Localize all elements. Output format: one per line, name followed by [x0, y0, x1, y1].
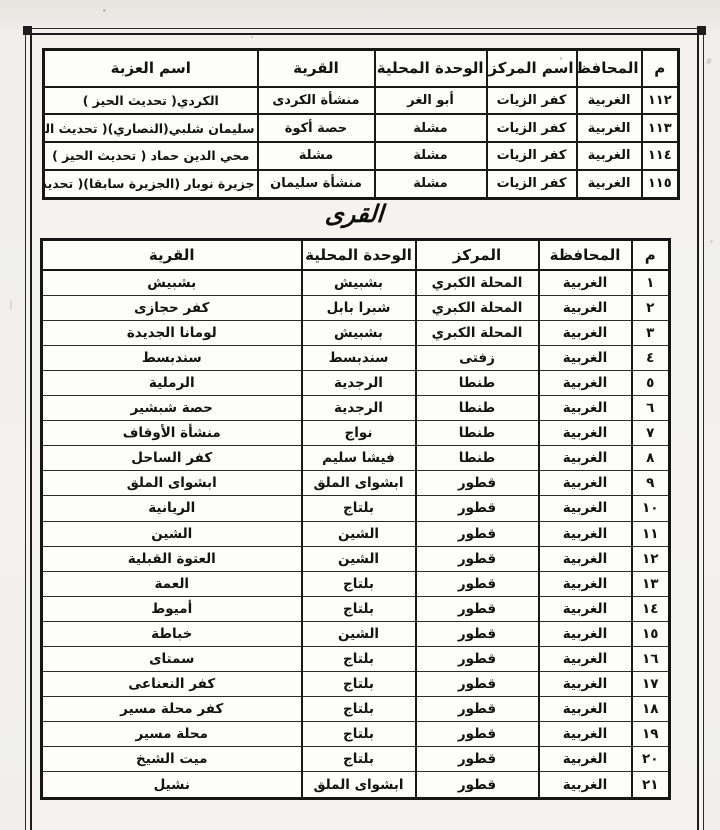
table-cell: زفتى — [416, 345, 539, 370]
table-cell: ١١٥ — [642, 170, 679, 199]
table-cell: قطور — [416, 521, 539, 546]
table-cell: الغربية — [539, 621, 632, 646]
table-cell: حصة أكوة — [258, 114, 375, 142]
table-row: ٧الغربيةطنطانواجمنشأة الأوقاف — [42, 421, 670, 446]
table-row: ١٧الغربيةقطوربلتاجكفر النعناعى — [42, 671, 670, 696]
table-cell: ١٢ — [632, 546, 670, 571]
table-cell: كفر الزيات — [487, 114, 577, 142]
table-cell: ٤ — [632, 345, 670, 370]
table-cell: بلتاج — [302, 697, 416, 722]
table-cell: الشين — [302, 621, 416, 646]
table-cell: كفر النعناعى — [42, 671, 302, 696]
table-cell: بلتاج — [302, 671, 416, 696]
table-cell: طنطا — [416, 396, 539, 421]
table-row: ٤الغربيةزفتىسندبسطسندبسط — [42, 345, 670, 370]
table-cell: قطور — [416, 571, 539, 596]
table-cell: ٢٠ — [632, 747, 670, 772]
table-cell: بلتاج — [302, 571, 416, 596]
scan-noise — [710, 240, 713, 243]
table-cell: ١٦ — [632, 646, 670, 671]
table-cell: ٥ — [632, 371, 670, 396]
table-row: ١الغربيةالمحلة الكبريبشبيشبشبيش — [42, 270, 670, 296]
table-cell: شبرا بابل — [302, 295, 416, 320]
table-cell: بشبيش — [302, 270, 416, 296]
table-cell: الغربية — [577, 87, 642, 115]
frame-corner-ornament-left — [23, 26, 32, 35]
table-cell: سندبسط — [42, 345, 302, 370]
table-cell: فيشا سليم — [302, 446, 416, 471]
table-row: ٩الغربيةقطورابشواى الملقابشواى الملق — [42, 471, 670, 496]
table-cell: الرملية — [42, 371, 302, 396]
table-cell: الغربية — [539, 320, 632, 345]
table-cell: بشبيش — [42, 270, 302, 296]
table-row: ١١٤الغربيةكفر الزياتمشلةمشلةمحي الدين حم… — [44, 142, 679, 170]
table-row: ١١٥الغربيةكفر الزياتمشلةمنشأة سليمانجزير… — [44, 170, 679, 199]
table-cell: بلتاج — [302, 496, 416, 521]
table-cell: ١٨ — [632, 697, 670, 722]
table-cell: قطور — [416, 646, 539, 671]
table-cell: خباطة — [42, 621, 302, 646]
hamlets-table: مالمحافظةاسم المركزالوحدة المحليةالقريةا… — [42, 48, 680, 200]
table-cell: كفر حجازى — [42, 295, 302, 320]
table-cell: قطور — [416, 496, 539, 521]
table-cell: نواج — [302, 421, 416, 446]
table-row: ١١الغربيةقطورالشينالشين — [42, 521, 670, 546]
table-cell: المحلة الكبري — [416, 320, 539, 345]
table-cell: طنطا — [416, 421, 539, 446]
table-cell: الغربية — [539, 471, 632, 496]
table-cell: ١ — [632, 270, 670, 296]
table-cell: أبو الغر — [375, 87, 487, 115]
column-header: م — [632, 240, 670, 270]
table-cell: ٩ — [632, 471, 670, 496]
table-cell: محلة مسير — [42, 722, 302, 747]
table-cell: الغربية — [577, 142, 642, 170]
table-cell: كفر محلة مسير — [42, 697, 302, 722]
table-cell: قطور — [416, 621, 539, 646]
table-cell: ٣ — [632, 320, 670, 345]
table-cell: الغربية — [539, 571, 632, 596]
table-cell: مشلة — [258, 142, 375, 170]
table-cell: الغربية — [539, 772, 632, 799]
table-row: ٦الغربيةطنطاالرجديةحصة شبشير — [42, 396, 670, 421]
header-row: مالمحافظةاسم المركزالوحدة المحليةالقريةا… — [44, 50, 679, 87]
table-cell: ١٣ — [632, 571, 670, 596]
table-cell: العمة — [42, 571, 302, 596]
table-cell: سندبسط — [302, 345, 416, 370]
table-cell: الريانية — [42, 496, 302, 521]
table-cell: مشلة — [375, 170, 487, 199]
table-cell: ميت الشيخ — [42, 747, 302, 772]
table-cell: الغربية — [539, 345, 632, 370]
column-header: القرية — [258, 50, 375, 87]
table-cell: ١٤ — [632, 596, 670, 621]
table-cell: ١١٢ — [642, 87, 679, 115]
table-cell: منشأة سليمان — [258, 170, 375, 199]
table-row: ١٩الغربيةقطوربلتاجمحلة مسير — [42, 722, 670, 747]
table-row: ١٥الغربيةقطورالشينخباطة — [42, 621, 670, 646]
table-cell: المحلة الكبري — [416, 295, 539, 320]
table-row: ٢الغربيةالمحلة الكبريشبرا بابلكفر حجازى — [42, 295, 670, 320]
table-cell: قطور — [416, 697, 539, 722]
table-row: ١٢الغربيةقطورالشينالعتوة القبلية — [42, 546, 670, 571]
table-cell: العتوة القبلية — [42, 546, 302, 571]
table-cell: الغربية — [539, 421, 632, 446]
table-cell: الكردي( تحديث الحيز ) — [44, 87, 258, 115]
table-cell: مشلة — [375, 114, 487, 142]
table-cell: الغربية — [539, 446, 632, 471]
table-cell: ١١٣ — [642, 114, 679, 142]
table-row: ١١٣الغربيةكفر الزياتمشلةحصة أكوةسليمان ش… — [44, 114, 679, 142]
frame-corner-ornament-right — [697, 26, 706, 35]
table-cell: ابشواى الملق — [42, 471, 302, 496]
table-cell: الشين — [42, 521, 302, 546]
scan-noise — [706, 57, 712, 64]
table-cell: ٧ — [632, 421, 670, 446]
table-cell: قطور — [416, 596, 539, 621]
scan-noise — [10, 300, 12, 310]
table-cell: قطور — [416, 722, 539, 747]
table-cell: الغربية — [539, 521, 632, 546]
table-cell: طنطا — [416, 371, 539, 396]
table-row: ١١٢الغربيةكفر الزياتأبو الغرمنشأة الكردى… — [44, 87, 679, 115]
column-header: الوحدة المحلية — [302, 240, 416, 270]
table-cell: الرجدية — [302, 396, 416, 421]
table-cell: الغربية — [539, 596, 632, 621]
table-cell: ١١٤ — [642, 142, 679, 170]
table-cell: ٦ — [632, 396, 670, 421]
table-row: ٣الغربيةالمحلة الكبريبشبيشلومانا الجديدة — [42, 320, 670, 345]
column-header: القرية — [42, 240, 302, 270]
column-header: اسم المركز — [487, 50, 577, 87]
table-cell: سمتاى — [42, 646, 302, 671]
table-row: ٢١الغربيةقطورابشواى الملقنشيل — [42, 772, 670, 799]
table-cell: ١٧ — [632, 671, 670, 696]
table-cell: ١٠ — [632, 496, 670, 521]
villages-table: مالمحافظةالمركزالوحدة المحليةالقرية١الغر… — [40, 238, 671, 800]
table-cell: الغربية — [539, 646, 632, 671]
table-cell: قطور — [416, 471, 539, 496]
table-cell: الغربية — [539, 722, 632, 747]
table-cell: نشيل — [42, 772, 302, 799]
table-cell: الغربية — [577, 170, 642, 199]
scan-noise — [560, 57, 562, 60]
table-cell: حصة شبشير — [42, 396, 302, 421]
table-cell: بلتاج — [302, 722, 416, 747]
table-cell: الغربية — [539, 270, 632, 296]
table-cell: بلتاج — [302, 646, 416, 671]
table-cell: ١١ — [632, 521, 670, 546]
table-row: ١٨الغربيةقطوربلتاجكفر محلة مسير — [42, 697, 670, 722]
table-cell: الغربية — [577, 114, 642, 142]
table-cell: ١٥ — [632, 621, 670, 646]
table-cell: منشأة الأوقاف — [42, 421, 302, 446]
column-header: م — [642, 50, 679, 87]
table-cell: قطور — [416, 747, 539, 772]
table-cell: ابشواى الملق — [302, 471, 416, 496]
table-cell: بشبيش — [302, 320, 416, 345]
table-row: ٥الغربيةطنطاالرجديةالرملية — [42, 371, 670, 396]
scan-noise — [251, 36, 253, 38]
table-cell: الشين — [302, 546, 416, 571]
table-cell: الغربية — [539, 295, 632, 320]
table-cell: الغربية — [539, 671, 632, 696]
table-cell: الغربية — [539, 697, 632, 722]
table-cell: ابشواى الملق — [302, 772, 416, 799]
table-cell: كفر الساحل — [42, 446, 302, 471]
table-cell: ٨ — [632, 446, 670, 471]
table-cell: أميوط — [42, 596, 302, 621]
table-cell: الغربية — [539, 546, 632, 571]
table-cell: قطور — [416, 671, 539, 696]
table-cell: قطور — [416, 546, 539, 571]
table-cell: ٢١ — [632, 772, 670, 799]
column-header: الوحدة المحلية — [375, 50, 487, 87]
table-row: ١٤الغربيةقطوربلتاجأميوط — [42, 596, 670, 621]
table-cell: الغربية — [539, 396, 632, 421]
table-cell: الغربية — [539, 496, 632, 521]
table-row: ١٠الغربيةقطوربلتاجالريانية — [42, 496, 670, 521]
table-row: ٢٠الغربيةقطوربلتاجميت الشيخ — [42, 747, 670, 772]
table-cell: لومانا الجديدة — [42, 320, 302, 345]
column-header: اسم العزبة — [44, 50, 258, 87]
table-cell: الرجدية — [302, 371, 416, 396]
table-cell: بلتاج — [302, 596, 416, 621]
table-row: ١٦الغربيةقطوربلتاجسمتاى — [42, 646, 670, 671]
scan-noise — [103, 9, 106, 12]
table-cell: الغربية — [539, 747, 632, 772]
table-cell: قطور — [416, 772, 539, 799]
table-cell: ١٩ — [632, 722, 670, 747]
header-row: مالمحافظةالمركزالوحدة المحليةالقرية — [42, 240, 670, 270]
table-cell: المحلة الكبري — [416, 270, 539, 296]
table-row: ١٣الغربيةقطوربلتاجالعمة — [42, 571, 670, 596]
table-cell: مشلة — [375, 142, 487, 170]
table-cell: الشين — [302, 521, 416, 546]
table-row: ٨الغربيةطنطافيشا سليمكفر الساحل — [42, 446, 670, 471]
table-cell: الغربية — [539, 371, 632, 396]
column-header: المحافظة — [577, 50, 642, 87]
table-cell: منشأة الكردى — [258, 87, 375, 115]
table-cell: سليمان شلبي(النصاري)( تحديث الحيز ) — [44, 114, 258, 142]
table-cell: كفر الزيات — [487, 87, 577, 115]
column-header: المحافظة — [539, 240, 632, 270]
table-cell: طنطا — [416, 446, 539, 471]
table-cell: ٢ — [632, 295, 670, 320]
table-cell: جزيرة نوبار (الجزيرة سابقا)( تحديث الحيز… — [44, 170, 258, 199]
table-cell: محي الدين حماد ( تحديث الحيز ) — [44, 142, 258, 170]
table-cell: بلتاج — [302, 747, 416, 772]
table-cell: كفر الزيات — [487, 142, 577, 170]
column-header: المركز — [416, 240, 539, 270]
table-cell: كفر الزيات — [487, 170, 577, 199]
section-title: القرى — [39, 200, 670, 236]
